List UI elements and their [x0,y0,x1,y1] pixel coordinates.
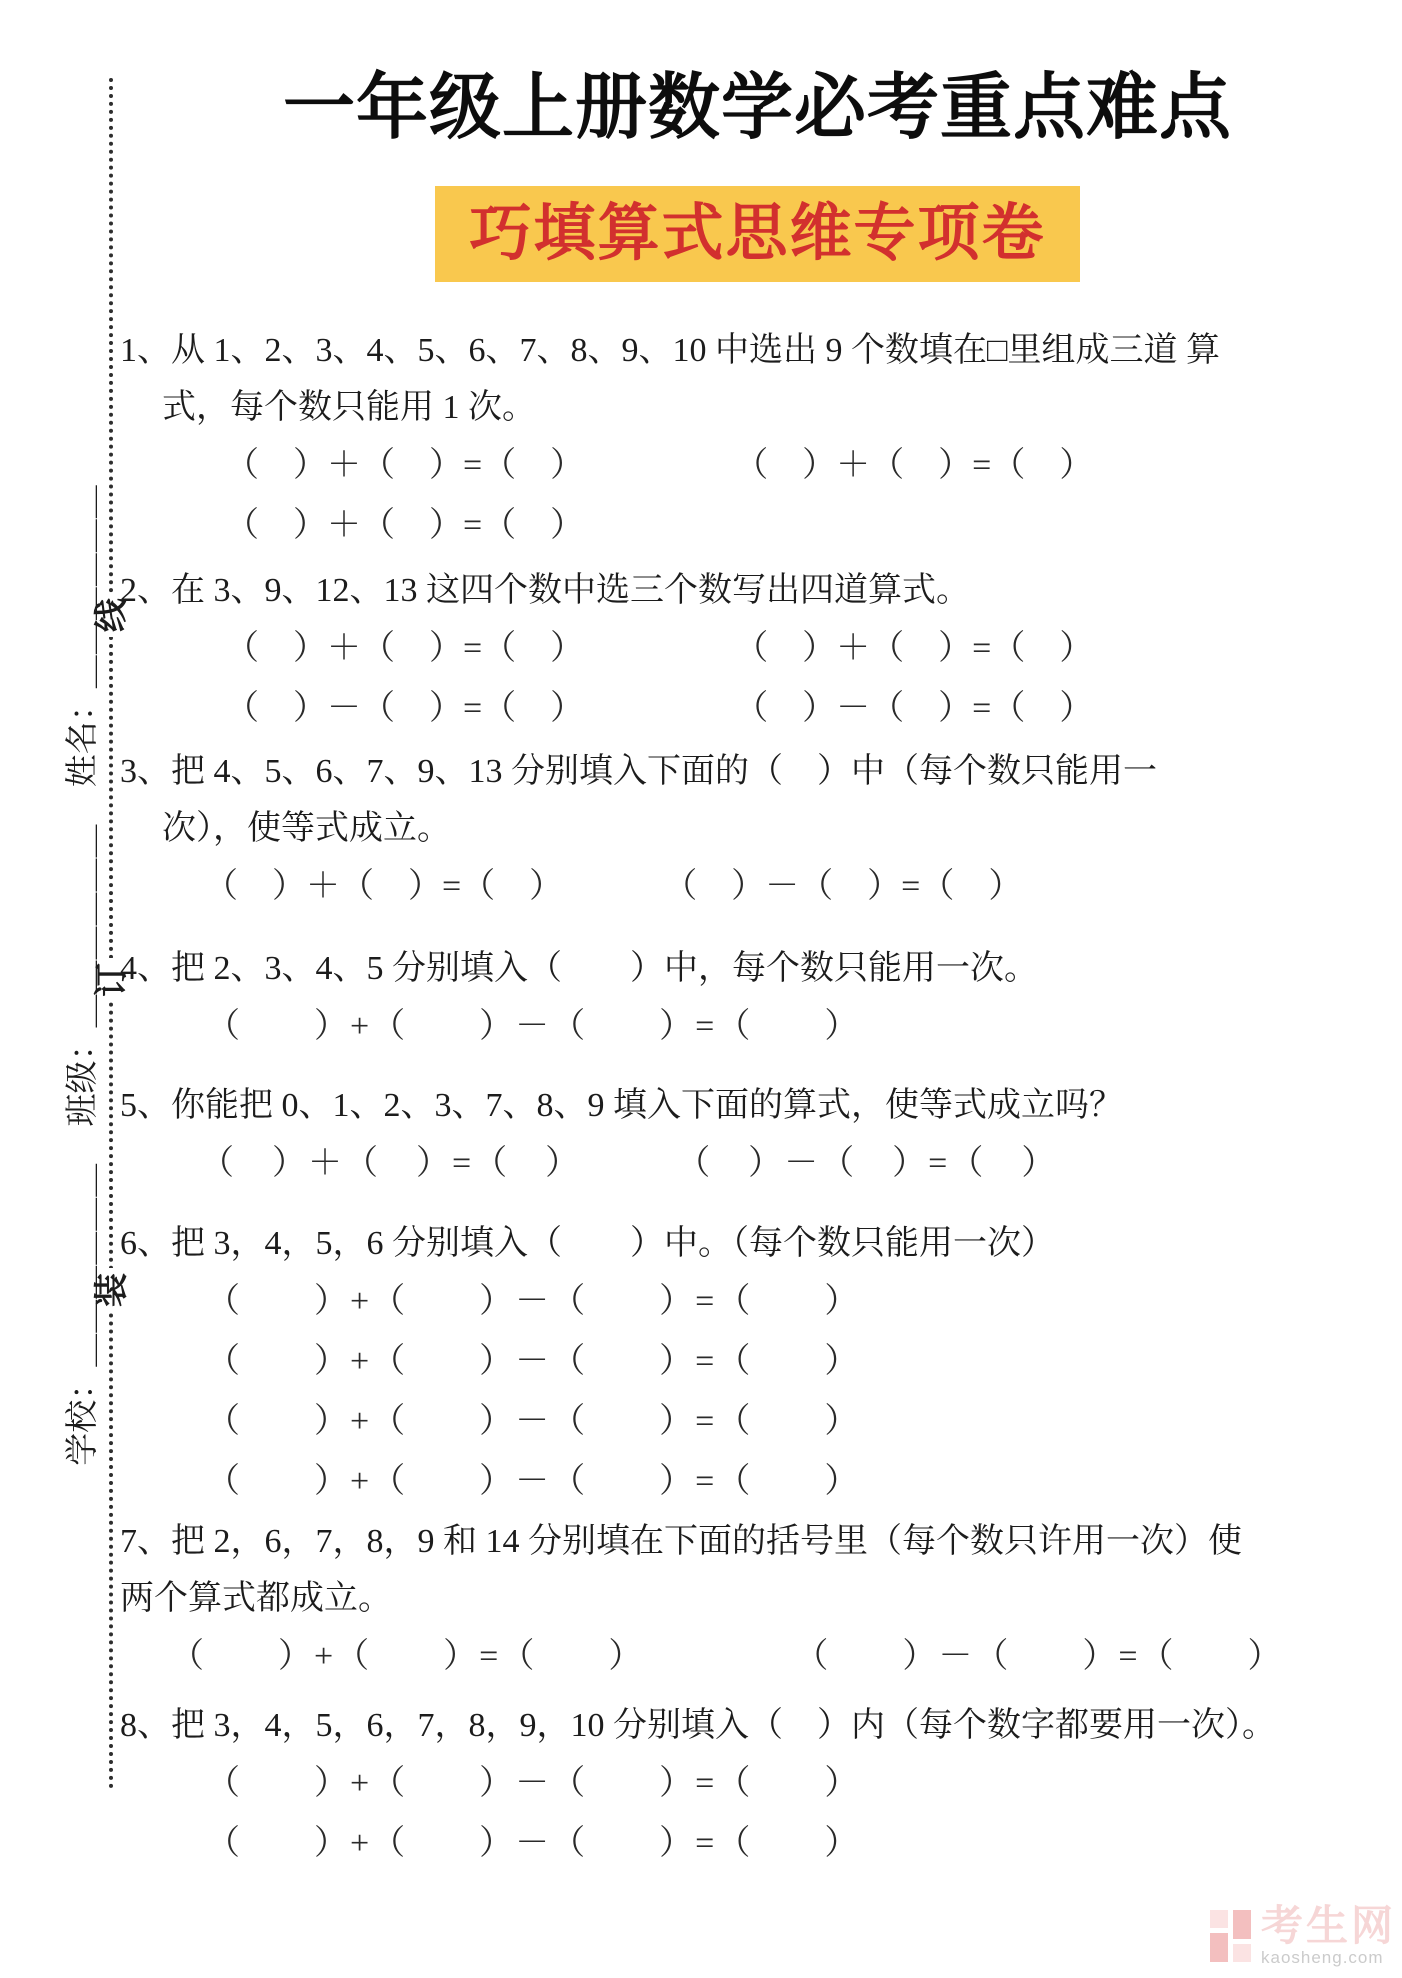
equation-blank: （ ）＋（ ）=（ ） [225,496,584,556]
problem-8-line-1: 8、把 3，4，5，6，7，8，9，10 分别填入（ ）内（每个数字都要用一次）… [120,1697,1395,1754]
logo-block [1233,1944,1251,1962]
equation-row: （ ）+（ ）－（ ）=（ ） [120,1392,1395,1452]
equation-blank: （ ）－（ ）=（ ） [663,857,1022,917]
equation-blank: （ ）＋（ ）=（ ） [204,857,563,917]
equation-blank: （ ）+（ ）－（ ）=（ ） [206,1452,860,1512]
problem-6: 6、把 3，4，5，6 分别填入（ ）中。（每个数只能用一次） （ ）+（ ）－… [120,1215,1395,1512]
worksheet-page: 线 订 装 学校：＿＿＿＿＿＿ 班级：＿＿＿＿＿＿ 姓名：＿＿＿＿＿＿ 一年级上… [0,0,1402,1978]
equation-row: （ ）+（ ）－（ ）=（ ） [120,1754,1395,1814]
problem-7: 7、把 2，6，7，8，9 和 14 分别填在下面的括号里（每个数只许用一次）使… [120,1513,1395,1687]
problem-3: 3、把 4、5、6、7、9、13 分别填入下面的（ ）中（每个数只能用一 次），… [120,743,1395,917]
equation-row: （ ）＋（ ）=（ ） （ ）－（ ）=（ ） [120,1134,1395,1194]
school-label: 学校： [65,1367,101,1466]
equation-blank: （ ）+（ ）－（ ）=（ ） [206,1272,860,1332]
equation-row: （ ）＋（ ）=（ ） （ ）－（ ）=（ ） [120,857,1395,917]
equation-row: （ ）＋（ ）=（ ） （ ）＋（ ）=（ ） [120,619,1395,679]
kaosheng-logo-icon [1210,1910,1251,1962]
problem-1-line-2: 式，每个数只能用 1 次。 [120,379,1395,436]
equation-row: （ ）+（ ）－（ ）=（ ） [120,1452,1395,1512]
equation-blank: （ ）－（ ）=（ ） [794,1627,1283,1687]
page-subtitle: 巧填算式思维专项卷 [435,186,1079,282]
logo-block [1233,1910,1251,1939]
equation-blank: （ ）－（ ）=（ ） [225,679,584,739]
page-title: 一年级上册数学必考重点难点 [120,62,1395,154]
problem-4: 4、把 2、3、4、5 分别填入（ ）中，每个数只能用一次。 （ ）+（ ）－（… [120,940,1395,1057]
equation-blank: （ ）+（ ）－（ ）=（ ） [206,1814,860,1874]
equation-blank: （ ）＋（ ）=（ ） [200,1134,581,1194]
watermark-site-domain: kaosheng.com [1261,1948,1396,1968]
name-blank: ＿＿＿＿＿＿ [65,484,101,688]
subtitle-banner: 巧填算式思维专项卷 [120,186,1395,282]
problem-7-line-2: 两个算式都成立。 [120,1570,1395,1627]
equation-blank: （ ）＋（ ）=（ ） [225,619,584,679]
logo-block [1210,1933,1228,1962]
equation-blank: （ ）+（ ）－（ ）=（ ） [206,1754,860,1814]
problem-2-line-1: 2、在 3、9、12、13 这四个数中选三个数写出四道算式。 [120,562,1395,619]
equation-row: （ ）+（ ）－（ ）=（ ） [120,1272,1395,1332]
problem-2: 2、在 3、9、12、13 这四个数中选三个数写出四道算式。 （ ）＋（ ）=（… [120,562,1395,739]
equation-row: （ ）+（ ）=（ ） （ ）－（ ）=（ ） [120,1627,1395,1687]
class-blank: ＿＿＿＿＿＿ [65,824,101,1028]
problem-5-line-1: 5、你能把 0、1、2、3、7、8、9 填入下面的算式，使等式成立吗？ [120,1077,1395,1134]
equation-row: （ ）+（ ）－（ ）=（ ） [120,1332,1395,1392]
watermark-text: 考生网 kaosheng.com [1261,1904,1396,1968]
logo-right-column [1233,1910,1251,1962]
equation-blank: （ ）+（ ）=（ ） [170,1627,644,1687]
school-blank: ＿＿＿＿＿＿ [65,1163,101,1367]
problem-5: 5、你能把 0、1、2、3、7、8、9 填入下面的算式，使等式成立吗？ （ ）＋… [120,1077,1395,1194]
problem-1-line-1: 1、从 1、2、3、4、5、6、7、8、9、10 中选出 9 个数填在□里组成三… [120,322,1395,379]
binding-dotted-line [109,78,113,1790]
worksheet-content: 一年级上册数学必考重点难点 巧填算式思维专项卷 1、从 1、2、3、4、5、6、… [120,0,1395,1874]
problem-7-line-1: 7、把 2，6，7，8，9 和 14 分别填在下面的括号里（每个数只许用一次）使 [120,1513,1395,1570]
problem-3-line-1: 3、把 4、5、6、7、9、13 分别填入下面的（ ）中（每个数只能用一 [120,743,1395,800]
equation-row: （ ）+（ ）－（ ）=（ ） [120,997,1395,1057]
equation-row: （ ）＋（ ）=（ ） （ ）＋（ ）=（ ） [120,436,1395,496]
equation-blank: （ ）+（ ）－（ ）=（ ） [206,997,860,1057]
problem-6-line-1: 6、把 3，4，5，6 分别填入（ ）中。（每个数只能用一次） [120,1215,1395,1272]
equation-blank: （ ）+（ ）－（ ）=（ ） [206,1392,860,1452]
equation-blank: （ ）＋（ ）=（ ） [734,436,1093,496]
equation-row: （ ）+（ ）－（ ）=（ ） [120,1814,1395,1874]
equation-blank: （ ）＋（ ）=（ ） [734,619,1093,679]
watermark: 考生网 kaosheng.com [1210,1904,1396,1968]
field-name: 姓名：＿＿＿＿＿＿ [65,484,101,787]
problem-3-line-2: 次），使等式成立。 [120,800,1395,857]
name-label: 姓名： [65,688,101,787]
field-class: 班级：＿＿＿＿＿＿ [65,824,101,1127]
student-info-fields: 学校：＿＿＿＿＿＿ 班级：＿＿＿＿＿＿ 姓名：＿＿＿＿＿＿ [61,455,105,1495]
logo-left-column [1210,1910,1228,1962]
class-label: 班级： [65,1028,101,1127]
equation-blank: （ ）－（ ）=（ ） [734,679,1093,739]
logo-block [1210,1910,1228,1928]
field-school: 学校：＿＿＿＿＿＿ [65,1163,101,1466]
equation-blank: （ ）－（ ）=（ ） [676,1134,1057,1194]
problem-1: 1、从 1、2、3、4、5、6、7、8、9、10 中选出 9 个数填在□里组成三… [120,322,1395,556]
problem-8: 8、把 3，4，5，6，7，8，9，10 分别填入（ ）内（每个数字都要用一次）… [120,1697,1395,1874]
equation-blank: （ ）＋（ ）=（ ） [225,436,584,496]
equation-row: （ ）－（ ）=（ ） （ ）－（ ）=（ ） [120,679,1395,739]
equation-blank: （ ）+（ ）－（ ）=（ ） [206,1332,860,1392]
problem-4-line-1: 4、把 2、3、4、5 分别填入（ ）中，每个数只能用一次。 [120,940,1395,997]
equation-row: （ ）＋（ ）=（ ） [120,496,1395,556]
watermark-site-name: 考生网 [1261,1904,1396,1948]
